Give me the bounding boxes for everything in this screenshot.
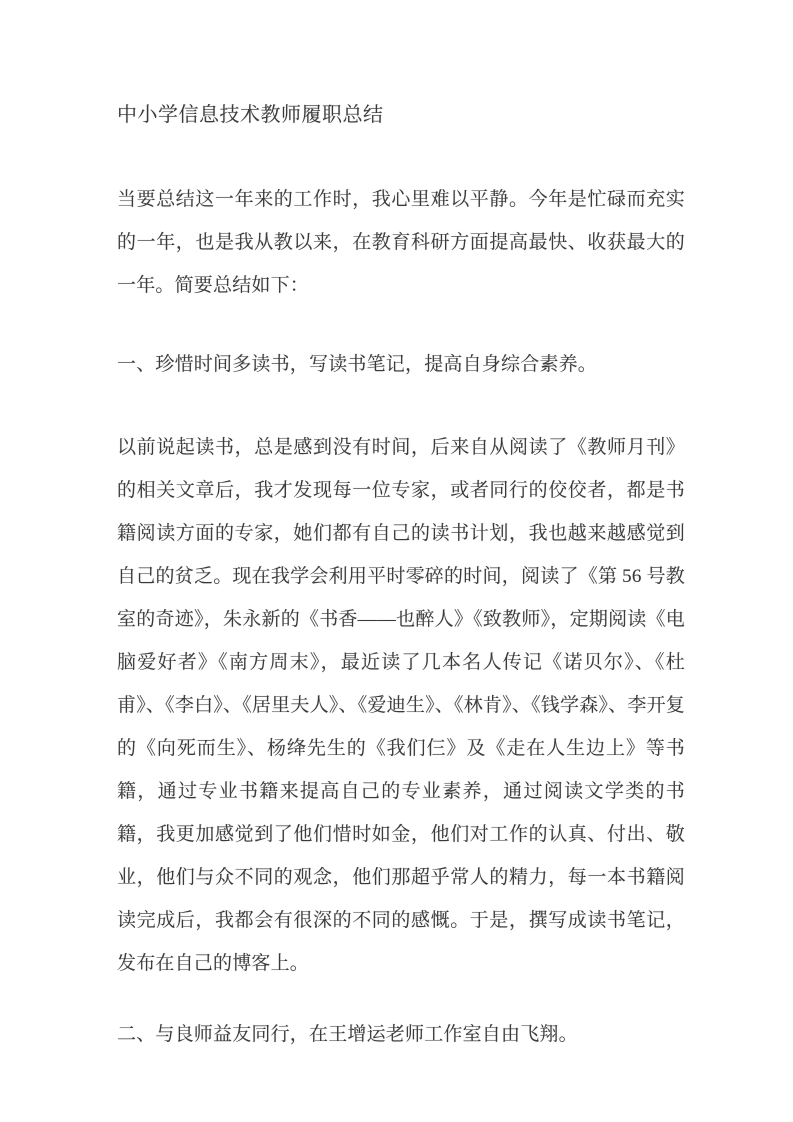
document-page: 中小学信息技术教师履职总结 当要总结这一年来的工作时，我心里难以平静。今年是忙碌… bbox=[0, 0, 793, 1122]
page-background: { "document": { "title": "中小学信息技术教师履职总结"… bbox=[0, 0, 793, 1122]
document-title: 中小学信息技术教师履职总结 bbox=[117, 94, 685, 137]
section-heading-1: 一、珍惜时间多读书，写读书笔记，提高自身综合素养。 bbox=[117, 343, 685, 386]
section-heading-2: 二、与良师益友同行，在王增运老师工作室自由飞翔。 bbox=[117, 1013, 685, 1056]
paragraph-reading-summary: 以前说起读书，总是感到没有时间，后来自从阅读了《教师月刊》的相关文章后，我才发现… bbox=[117, 426, 685, 985]
paragraph-intro: 当要总结这一年来的工作时，我心里难以平静。今年是忙碌而充实的一年，也是我从教以来… bbox=[117, 178, 685, 307]
